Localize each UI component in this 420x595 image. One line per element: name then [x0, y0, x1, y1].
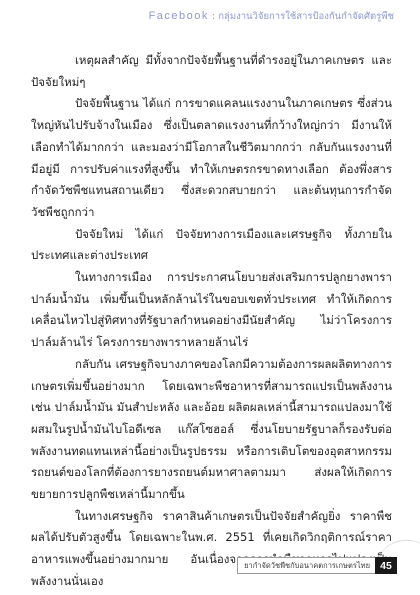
body-paragraph: ปัจจัยใหม่ ได้แก่ ปัจจัยทางการเมืองและเศ… [31, 224, 392, 267]
body-paragraph: ในทางการเมือง การประกาศนโยบายส่งเสริมการ… [31, 267, 392, 354]
facebook-label: Facebook [149, 10, 209, 22]
footer-book-title: ยากำจัดวัชพืชกับอนาคตการเกษตรไทย [237, 557, 375, 574]
footer-tab: ยากำจัดวัชพืชกับอนาคตการเกษตรไทย 45 [237, 557, 397, 574]
header-separator: : [209, 11, 218, 22]
body-text: เหตุผลสำคัญ มีทั้งจากปัจจัยพื้นฐานที่ดำร… [31, 50, 392, 593]
page-number-badge: 45 [375, 557, 397, 574]
running-header: Facebook:กลุ่มงานวิจัยการใช้สารป้องกันกำ… [149, 9, 394, 24]
book-page: Facebook:กลุ่มงานวิจัยการใช้สารป้องกันกำ… [0, 0, 420, 595]
body-paragraph: กลับกัน เศรษฐกิจบางภาคของโลกมีความต้องกา… [31, 354, 392, 506]
body-paragraph: เหตุผลสำคัญ มีทั้งจากปัจจัยพื้นฐานที่ดำร… [31, 50, 392, 93]
research-group-name: กลุ่มงานวิจัยการใช้สารป้องกันกำจัดศัตรูพ… [218, 11, 394, 22]
body-paragraph: ปัจจัยพื้นฐาน ได้แก่ การขาดแคลนแรงงานในภ… [31, 93, 392, 223]
body-paragraph: ในทางเศรษฐกิจ ราคาสินค้าเกษตรเป็นปัจจัยส… [31, 506, 392, 593]
